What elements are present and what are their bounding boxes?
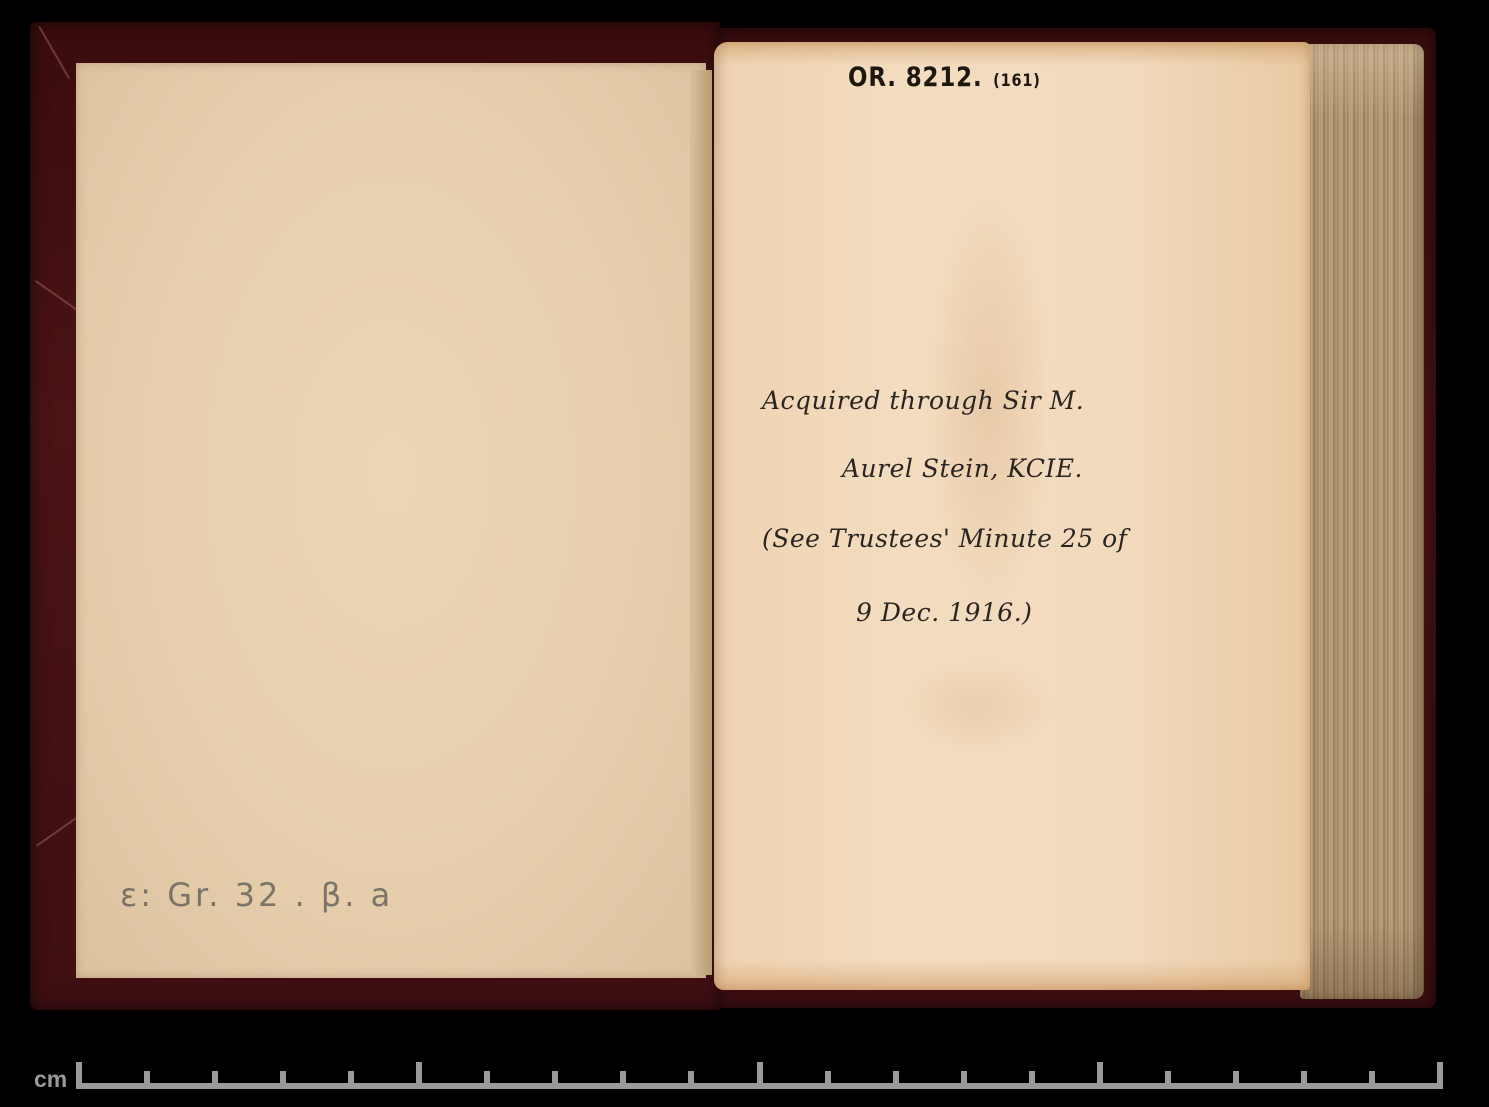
scale-tick — [1233, 1071, 1239, 1085]
scale-tick — [348, 1071, 354, 1085]
inscription-line-3: (See Trustees' Minute 25 of — [762, 524, 1127, 553]
scale-tick — [76, 1062, 82, 1086]
left-pastedown-page — [76, 63, 706, 978]
scale-tick — [961, 1071, 967, 1085]
scale-tick — [620, 1071, 626, 1085]
shelfmark-main: OR. 8212. — [848, 62, 983, 93]
shelfmark-stamp: OR. 8212. (161) — [848, 62, 1041, 93]
scale-tick — [144, 1071, 150, 1085]
inscription-line-2: Aurel Stein, KCIE. — [842, 454, 1083, 483]
scale-tick — [893, 1071, 899, 1085]
scale-tick — [552, 1071, 558, 1085]
scale-tick — [1369, 1071, 1375, 1085]
scale-tick — [825, 1071, 831, 1085]
inscription-line-4: 9 Dec. 1916.) — [856, 598, 1032, 627]
scale-tick — [1301, 1071, 1307, 1085]
text-block-shade — [1300, 44, 1424, 999]
scale-tick — [212, 1071, 218, 1085]
pencil-pressmark: ε: Gr. 32 . β. a — [120, 876, 393, 914]
scale-tick — [484, 1071, 490, 1085]
scale-tick — [416, 1062, 422, 1086]
scale-tick — [1029, 1071, 1035, 1085]
scale-tick — [1437, 1062, 1443, 1086]
inscription-line-1: Acquired through Sir M. — [762, 386, 1084, 415]
scale-tick — [688, 1071, 694, 1085]
shelfmark-sub: (161) — [993, 71, 1041, 91]
scale-tick — [1165, 1071, 1171, 1085]
scale-tick — [757, 1062, 763, 1086]
scale-unit-label: cm — [34, 1066, 67, 1093]
scale-tick — [1097, 1062, 1103, 1086]
gutter — [690, 70, 712, 975]
right-flyleaf-page — [714, 42, 1310, 990]
scale-tick — [280, 1071, 286, 1085]
